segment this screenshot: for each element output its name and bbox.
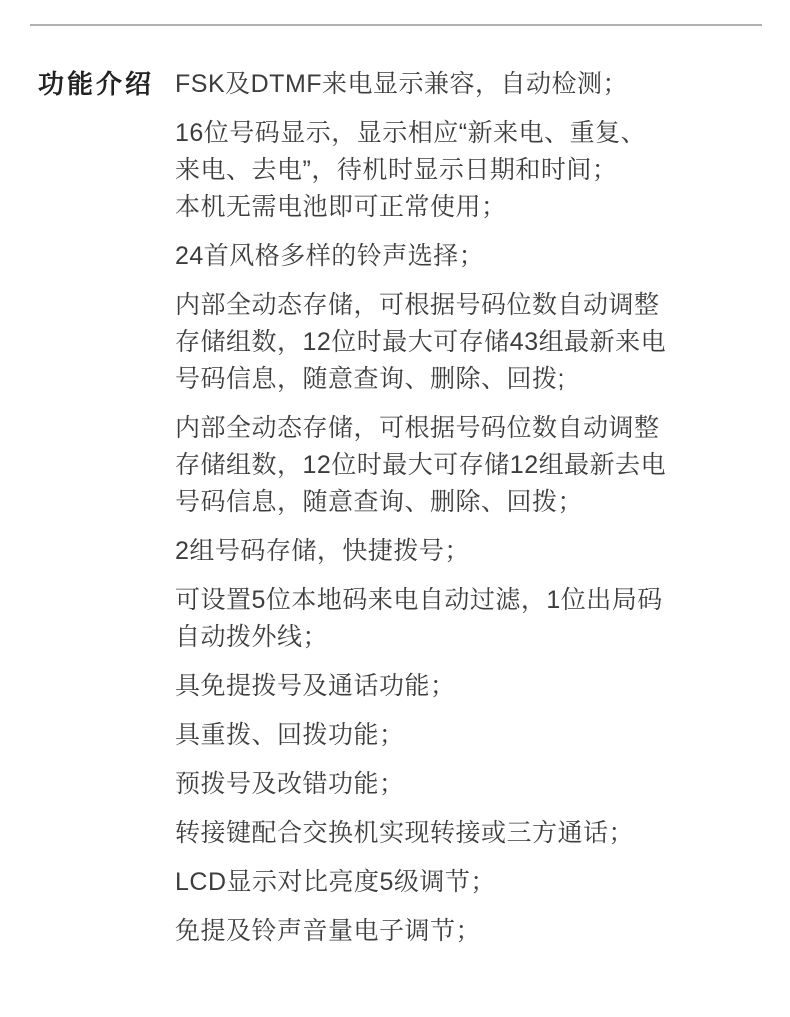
feature-list: FSK及DTMF来电显示兼容，自动检测；16位号码显示，显示相应“新来电、重复、… xyxy=(175,66,756,962)
feature-paragraph: 2组号码存储，快捷拨号； xyxy=(175,533,756,570)
product-description-page: 功能介绍 FSK及DTMF来电显示兼容，自动检测；16位号码显示，显示相应“新来… xyxy=(0,0,790,1017)
feature-line: 免提及铃声音量电子调节； xyxy=(175,917,481,945)
feature-paragraph: 可设置5位本地码来电自动过滤，1位出局码自动拨外线； xyxy=(175,582,756,656)
feature-line: 存储组数，12位时最大可存储12组最新去电 xyxy=(175,451,666,479)
section-title: 功能介绍 xyxy=(38,66,175,962)
feature-line: 自动拨外线； xyxy=(175,623,328,651)
feature-line: 可设置5位本地码来电自动过滤，1位出局码 xyxy=(175,586,663,614)
feature-line: 16位号码显示，显示相应“新来电、重复、 xyxy=(175,119,646,147)
feature-line: 号码信息，随意查询、删除、回拨； xyxy=(175,488,583,516)
feature-paragraph: 内部全动态存储，可根据号码位数自动调整存储组数，12位时最大可存储12组最新去电… xyxy=(175,410,756,521)
feature-section: 功能介绍 FSK及DTMF来电显示兼容，自动检测；16位号码显示，显示相应“新来… xyxy=(0,66,790,962)
feature-paragraph: 免提及铃声音量电子调节； xyxy=(175,913,756,950)
section-divider xyxy=(30,24,762,26)
feature-paragraph: 具重拨、回拨功能； xyxy=(175,717,756,754)
feature-paragraph: 预拨号及改错功能； xyxy=(175,766,756,803)
feature-line: 具免提拨号及通话功能； xyxy=(175,672,456,700)
feature-line: 24首风格多样的铃声选择； xyxy=(175,242,484,270)
feature-line: 号码信息，随意查询、删除、回拨; xyxy=(175,365,565,393)
feature-line: 本机无需电池即可正常使用； xyxy=(175,193,507,221)
feature-line: 存储组数，12位时最大可存储43组最新来电 xyxy=(175,328,666,356)
feature-paragraph: 24首风格多样的铃声选择； xyxy=(175,238,756,275)
feature-line: 来电、去电”，待机时显示日期和时间； xyxy=(175,156,617,184)
feature-line: LCD显示对比亮度5级调节； xyxy=(175,868,496,896)
feature-line: 内部全动态存储，可根据号码位数自动调整 xyxy=(175,291,660,319)
feature-line: FSK及DTMF来电显示兼容，自动检测； xyxy=(175,70,628,98)
feature-line: 具重拨、回拨功能； xyxy=(175,721,405,749)
feature-paragraph: 内部全动态存储，可根据号码位数自动调整存储组数，12位时最大可存储43组最新来电… xyxy=(175,287,756,398)
feature-paragraph: FSK及DTMF来电显示兼容，自动检测； xyxy=(175,66,756,103)
feature-paragraph: 具免提拨号及通话功能； xyxy=(175,668,756,705)
feature-paragraph: 16位号码显示，显示相应“新来电、重复、来电、去电”，待机时显示日期和时间；本机… xyxy=(175,115,756,226)
feature-line: 2组号码存储，快捷拨号； xyxy=(175,537,470,565)
feature-line: 转接键配合交换机实现转接或三方通话； xyxy=(175,819,634,847)
feature-paragraph: 转接键配合交换机实现转接或三方通话； xyxy=(175,815,756,852)
feature-line: 内部全动态存储，可根据号码位数自动调整 xyxy=(175,414,660,442)
feature-paragraph: LCD显示对比亮度5级调节； xyxy=(175,864,756,901)
feature-line: 预拨号及改错功能； xyxy=(175,770,405,798)
